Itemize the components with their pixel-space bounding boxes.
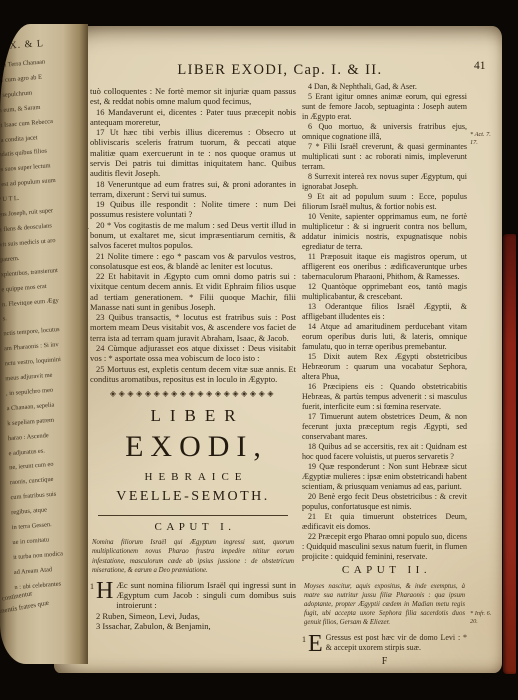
verse-paragraph: 17 Timuerunt autem obstetrices Deum, & n… (302, 412, 467, 442)
verse-paragraph: 9 Et ait ad populum suum : Ecce, populus… (302, 192, 467, 212)
verse-number: 1 (90, 582, 94, 592)
verse-paragraph: 1 E Gressus est post hæc vir de domo Lev… (302, 633, 467, 653)
verse-text: Gressus est post hæc vir de domo Levi : … (326, 633, 467, 652)
verse-paragraph: 4 Dan, & Nephthali, Gad, & Aser. (302, 82, 467, 92)
verse-paragraph: 17 Ut hæc tibi verbis illius diceremus :… (90, 127, 296, 178)
fore-edge (503, 234, 516, 674)
verse-paragraph: 18 Quibus ad se accersitis, rex ait : Qu… (302, 442, 467, 462)
book-title-exodi: EXODI, (90, 429, 296, 465)
verse-paragraph: 21 Et quia timuerunt obstetrices Deum, æ… (302, 512, 467, 532)
verse-list: 4 Dan, & Nephthali, Gad, & Aser. 5 Erant… (302, 82, 467, 562)
running-header: LIBER EXODI, Cap. I. & II. (84, 62, 476, 79)
verse-paragraph: 19 Quæ responderunt : Non sunt Hebrææ si… (302, 462, 467, 492)
verse-paragraph: 23 Quibus transactis, * locutus est frat… (90, 312, 296, 343)
verse-paragraph: 19 Quibus ille respondit : Nolite timere… (90, 199, 296, 220)
book-title-veelle-semoth: VEELLE-SEMOTH. (90, 489, 296, 506)
verse-list: 2 Ruben, Simeon, Levi, Judas, 3 Issachar… (90, 611, 296, 632)
previous-page-bottom-text: e continentur mentis fratres quæ (0, 586, 50, 618)
verse-paragraph: 6 Quo mortuo, & universis fratribus ejus… (302, 122, 467, 142)
section-rule (98, 515, 288, 516)
verse-paragraph: 16 Mandaverunt ei, dicentes : Pater tuus… (90, 107, 296, 128)
caput-1-heading: CAPUT I. (90, 521, 296, 534)
verse-paragraph: 24 Cùmque adjurasset eos atque dixisset … (90, 343, 296, 364)
verse-paragraph: 18 Veneruntque ad eum fratres sui, & pro… (90, 179, 296, 200)
previous-page-text: bre in Terra Chanaan ham cum agro ab E e… (0, 53, 88, 596)
caput-2-heading: CAPUT II. (302, 564, 467, 578)
caput-2-argument: Moyses nascitur, aquis expositus, & inde… (304, 582, 465, 628)
drop-cap: E (308, 634, 323, 654)
ornament-row: ◈◈◈◈◈◈◈◈◈◈◈◈◈◈◈◈◈◈◈ (90, 389, 296, 399)
verse-paragraph: 20 Benè ergo fecit Deus obstetricibus : … (302, 492, 467, 512)
verse-paragraph: 16 Præcipiens eis : Quando obstetricabit… (302, 382, 467, 412)
verse-paragraph: 8 Surrexit intereà rex novus super Ægypt… (302, 172, 467, 192)
left-column: tuò colloquentes : Ne fortè memor sit in… (90, 86, 296, 631)
verse-paragraph: 12 Quantòque opprimebant eos, tantò magi… (302, 282, 467, 302)
verse-paragraph: 14 Atque ad amaritudinem perducebant vit… (302, 322, 467, 352)
right-column: 4 Dan, & Nephthali, Gad, & Aser. 5 Erant… (302, 82, 467, 668)
book-photo: IX. & L bre in Terra Chanaan ham cum agr… (0, 0, 518, 700)
verse-paragraph: 13 Oderantque filios Israël Ægyptii, & a… (302, 302, 467, 322)
verse-paragraph: 1 H Æc sunt nomina filiorum Israël qui i… (90, 580, 296, 611)
margin-note: * Infr. 6. 20. (470, 610, 500, 626)
verse-paragraph: 5 Erant igitur omnes animæ eorum, qui eg… (302, 92, 467, 122)
verse-paragraph: 11 Præposuit itaque eis magistros operum… (302, 252, 467, 282)
verse-paragraph: 25 Mortuus est, expletis centum decem vi… (90, 364, 296, 385)
book-title-hebraice: HEBRAICE (90, 471, 296, 484)
page-number: 41 (474, 60, 486, 72)
verse-paragraph: 22 Et habitavit in Ægypto cum omni domo … (90, 271, 296, 312)
verse-paragraph: 10 Venite, sapienter opprimamus eum, ne … (302, 212, 467, 252)
verse-list: 16 Mandaverunt ei, dicentes : Pater tuus… (90, 107, 296, 385)
drop-cap: H (96, 581, 113, 601)
previous-page: IX. & L bre in Terra Chanaan ham cum agr… (0, 24, 88, 664)
verse-number: 1 (302, 635, 306, 645)
verse-paragraph: 15 Dixit autem Rex Ægypti obstetricibus … (302, 352, 467, 382)
verse-paragraph: 22 Præcepit ergo Pharao omni populo suo,… (302, 532, 467, 562)
caput-1-argument: Nomina filiorum Israël qui Ægyptum ingre… (92, 538, 294, 575)
verse-paragraph: 2 Ruben, Simeon, Levi, Judas, (90, 611, 296, 621)
verse-paragraph: 21 Nolite timere : ego * pascam vos & pa… (90, 251, 296, 272)
signature-letter: F (302, 656, 467, 669)
verse-paragraph: 3 Issachar, Zabulon, & Benjamin, (90, 621, 296, 631)
verse-text: Æc sunt nomina filiorum Israël qui ingre… (116, 580, 296, 611)
margin-note: * Act. 7. 17. (470, 131, 500, 147)
main-page: LIBER EXODI, Cap. I. & II. 41 tuò colloq… (54, 26, 502, 673)
verse-paragraph: tuò colloquentes : Ne fortè memor sit in… (90, 86, 296, 107)
previous-page-header: IX. & L (5, 35, 86, 52)
verse-paragraph: 7 * Filii Israël creverunt, & quasi germ… (302, 142, 467, 172)
verse-paragraph: 20 * Vos cogitastis de me malum : sed De… (90, 220, 296, 251)
book-title-liber: LIBER (90, 406, 296, 427)
